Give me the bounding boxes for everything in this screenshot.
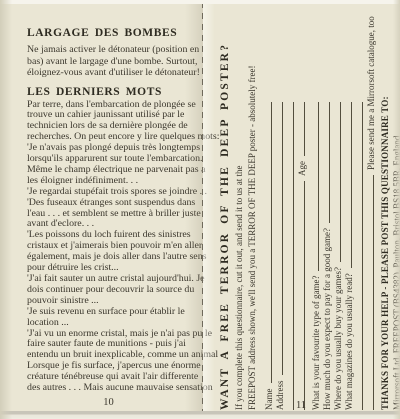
paragraph-derniers-mots: Par terre, dans l'embarcation de plongée… xyxy=(27,100,190,394)
address-field-line xyxy=(282,102,283,376)
cut-line xyxy=(202,2,203,413)
text-line: 'Des fuseaux étranges sont suspendus dan… xyxy=(27,198,190,209)
age-row-leading-line xyxy=(304,181,305,410)
catalogue-row: Please send me a Mirrorsoft catalogue, t… xyxy=(365,10,376,410)
question-answer-line xyxy=(329,102,330,223)
questionnaire-title: WANT A FREE TERROR OF THE DEEP POSTER? xyxy=(219,10,232,410)
question-row: What magazines do you usually read? xyxy=(343,102,354,410)
blank-line-row xyxy=(354,102,365,410)
name-field-row: Name xyxy=(263,102,274,410)
paper-edge-top xyxy=(0,0,400,4)
question-row: What is your favourite type of game? xyxy=(310,102,321,410)
age-field-line xyxy=(304,102,305,156)
paper-edge-right xyxy=(393,0,400,419)
address-field-row: Address xyxy=(274,102,285,410)
question-answer-line xyxy=(351,102,352,268)
page-number-right: 11 xyxy=(281,400,321,411)
question-label: Where do you usually buy your games? xyxy=(333,267,343,410)
question-row: How much do you expect to pay for a good… xyxy=(321,102,332,410)
name-field-line xyxy=(271,102,272,384)
text-line: Ne jamais activer le détonateur (positio… xyxy=(27,44,190,56)
text-line: bas) avant le largage d'une bombe. Surto… xyxy=(27,56,190,68)
text-line: location ... xyxy=(27,318,190,329)
paper-edge-left xyxy=(0,0,12,419)
paper-edge-bottom xyxy=(0,411,400,419)
paragraph-largage: Ne jamais activer le détonateur (positio… xyxy=(27,44,190,79)
question-label: What is your favourite type of game? xyxy=(311,276,321,410)
right-page: WANT A FREE TERROR OF THE DEEP POSTER? I… xyxy=(203,0,400,419)
spine-shadow xyxy=(185,0,203,419)
address-continuation-row xyxy=(285,102,296,410)
spine-highlight xyxy=(203,0,215,419)
left-page: LARGAGE DES BOMBES Ne jamais activer le … xyxy=(27,0,190,419)
manual-spread: LARGAGE DES BOMBES Ne jamais activer le … xyxy=(0,0,400,419)
address-continuation-line xyxy=(293,102,294,410)
question-answer-line xyxy=(318,102,319,271)
text-line: 'Je suis revenu en surface pour établir … xyxy=(27,307,190,318)
name-field-label: Name xyxy=(264,389,274,411)
question-answer-line xyxy=(340,102,341,262)
section-heading-largage: LARGAGE DES BOMBES xyxy=(27,27,190,40)
text-line: éloignez-vous avant d'utiliser le détona… xyxy=(27,67,190,79)
thanks-line: THANKS FOR YOUR HELP - PLEASE POST THIS … xyxy=(380,10,390,410)
catalogue-tick-line xyxy=(373,175,374,410)
age-field-row: Age xyxy=(296,102,307,410)
question-row: Where do you usually buy your games? xyxy=(332,102,343,410)
questionnaire-intro-line1: If you complete this questionnaire, cut … xyxy=(234,10,245,410)
questionnaire-intro-line2: FREEPOST address shown, we'll send you a… xyxy=(247,10,258,410)
text-line: des autres . . . Mais aucune mauvaise se… xyxy=(27,383,190,394)
age-field-label: Age xyxy=(297,161,307,176)
page-number-left: 10 xyxy=(27,397,190,408)
question-label: How much do you expect to pay for a good… xyxy=(322,228,332,410)
catalogue-label: Please send me a Mirrorsoft catalogue, t… xyxy=(366,16,376,170)
section-heading-derniers-mots: LES DERNIERS MOTS xyxy=(27,86,190,99)
blank-line xyxy=(362,102,363,410)
question-label: What magazines do you usually read? xyxy=(344,273,354,410)
questionnaire-cutout: WANT A FREE TERROR OF THE DEEP POSTER? I… xyxy=(203,0,400,419)
